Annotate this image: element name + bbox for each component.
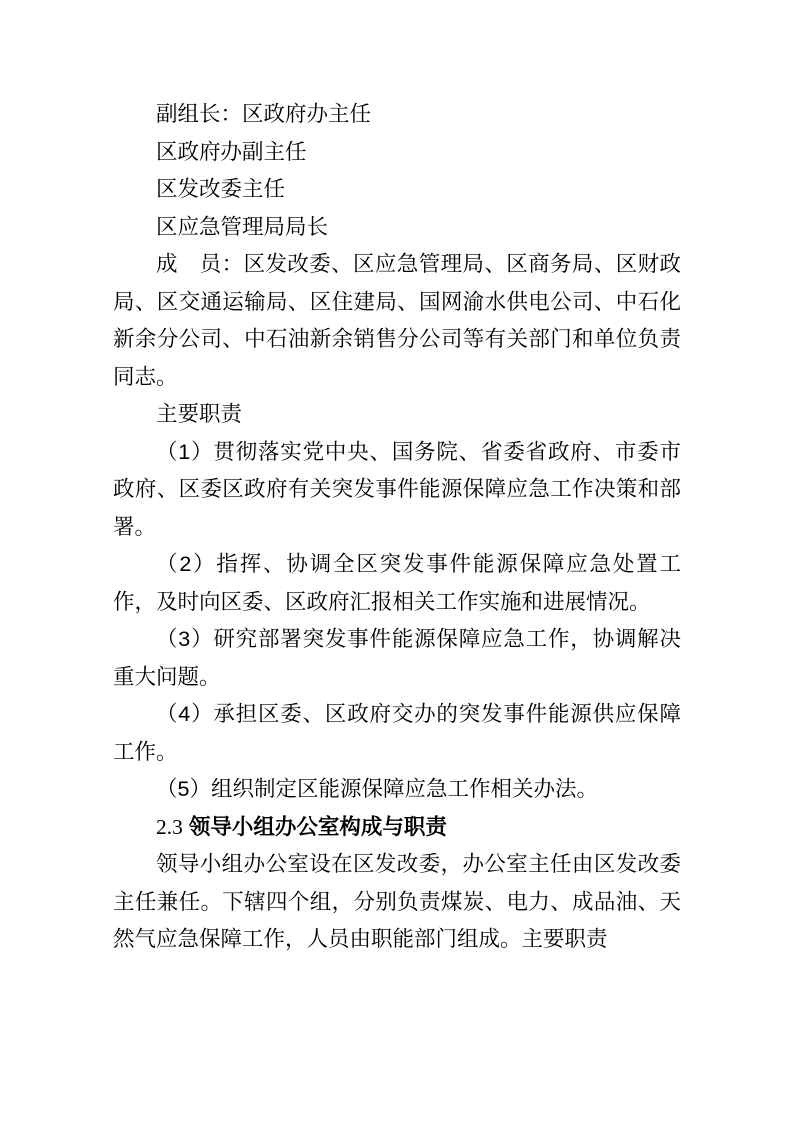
section-heading-2-3: 2.3领导小组办公室构成与职责: [113, 809, 681, 847]
paragraph-main-duties-label: 主要职责: [113, 396, 681, 434]
section-heading-title: 领导小组办公室构成与职责: [189, 815, 447, 839]
document-page: 副组长：区政府办主任 区政府办副主任 区发改委主任 区应急管理局局长 成 员：区…: [0, 0, 793, 1122]
paragraph-duty-5: （5）组织制定区能源保障应急工作相关办法。: [113, 771, 681, 809]
paragraph-duty-1: （1）贯彻落实党中央、国务院、省委省政府、市委市政府、区委区政府有关突发事件能源…: [113, 434, 681, 547]
paragraph-gov-office-deputy-director: 区政府办副主任: [113, 134, 681, 172]
paragraph-drc-director: 区发改委主任: [113, 171, 681, 209]
paragraph-office-description: 领导小组办公室设在区发改委，办公室主任由区发改委主任兼任。下辖四个组，分别负责煤…: [113, 846, 681, 959]
paragraph-duty-4: （4）承担区委、区政府交办的突发事件能源供应保障工作。: [113, 696, 681, 771]
paragraph-emergency-bureau-chief: 区应急管理局局长: [113, 209, 681, 247]
paragraph-deputy-leader: 副组长：区政府办主任: [113, 96, 681, 134]
paragraph-duty-2: （2）指挥、协调全区突发事件能源保障应急处置工作，及时向区委、区政府汇报相关工作…: [113, 546, 681, 621]
document-body: 副组长：区政府办主任 区政府办副主任 区发改委主任 区应急管理局局长 成 员：区…: [113, 96, 681, 959]
paragraph-members: 成 员：区发改委、区应急管理局、区商务局、区财政局、区交通运输局、区住建局、国网…: [113, 246, 681, 396]
section-heading-number: 2.3: [156, 815, 183, 839]
paragraph-duty-3: （3）研究部署突发事件能源保障应急工作，协调解决重大问题。: [113, 621, 681, 696]
